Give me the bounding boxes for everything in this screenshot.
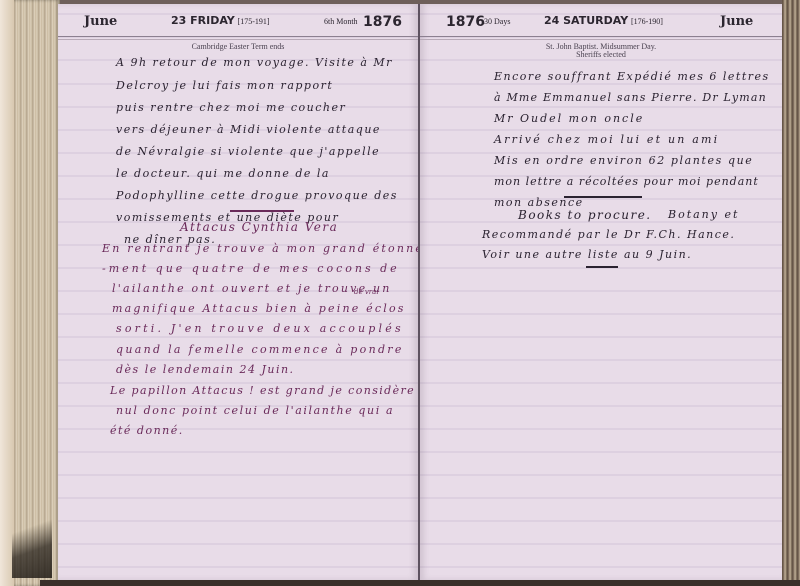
entry-line: magnifique Attacus bien à peine éclos — [112, 302, 406, 315]
entry-line: -ment que quatre de mes cocons de — [102, 262, 400, 275]
entry-line: le docteur. qui me donne de la — [116, 167, 330, 180]
entry-line: Mis en ordre environ 62 plantes que — [494, 154, 753, 167]
printed-note: Sheriffs elected — [420, 50, 782, 59]
entry-line: sorti. J'en trouve deux accouplés — [116, 322, 404, 335]
entry-line: Podophylline cette drogue provoque des — [116, 189, 398, 202]
entry-line: Mr Oudel mon oncle — [494, 112, 644, 125]
entry-line: vers déjeuner à Midi violente attaque — [116, 123, 381, 136]
printed-note: Cambridge Easter Term ends — [58, 42, 418, 51]
entry-line: quand la femelle commence à pondre — [116, 343, 404, 356]
entry-line: A 9h retour de mon voyage. Visite à Mr — [116, 56, 393, 69]
entry-line: Arrivé chez moi lui et un ami — [494, 133, 719, 146]
entry-line: Delcroy je lui fais mon rapport — [116, 79, 333, 92]
entry-line: mon lettre a récoltées pour moi pendant — [494, 175, 759, 188]
entry-line: dès le lendemain 24 Juin. — [116, 363, 295, 376]
day-label: 24 SATURDAY [176-190] — [544, 14, 663, 27]
month-label: June — [84, 14, 117, 29]
entry-line: l'ailanthe ont ouvert et je trouve un — [112, 282, 392, 295]
right-page-header: 1876 30 Days 24 SATURDAY [176-190] June — [420, 14, 782, 36]
entry-line: nul donc point celui de l'ailanthe qui a — [116, 404, 394, 417]
section-title: Attacus Cynthia Vera — [180, 220, 338, 234]
entry-line: Botany et — [668, 208, 739, 221]
entry-line: été donné. — [110, 424, 184, 437]
entry-line: En rentrant je trouve à mon grand étonne — [102, 242, 424, 255]
book-page-edges-left — [0, 0, 60, 586]
month-number-label: 6th Month — [324, 17, 358, 26]
day-range: [175-191] — [238, 17, 270, 26]
year-label: 1876 — [446, 14, 485, 30]
left-page: June 23 FRIDAY [175-191] 6th Month 1876 … — [58, 4, 418, 580]
days-count-label: 30 Days — [484, 17, 510, 26]
month-label: June — [720, 14, 753, 29]
section-end-mark — [586, 266, 618, 268]
header-rule — [420, 36, 782, 40]
section-divider — [230, 210, 294, 212]
section-divider — [564, 196, 642, 198]
entry-line: Le papillon Attacus ! est grand je consi… — [110, 384, 415, 397]
entry-line: puis rentre chez moi me coucher — [116, 101, 346, 114]
left-page-header: June 23 FRIDAY [175-191] 6th Month 1876 — [58, 14, 418, 36]
book-cover-edge — [40, 580, 800, 586]
header-rule — [58, 36, 418, 40]
book-page-edges-right — [782, 0, 800, 586]
entry-line: Recommandé par le Dr F.Ch. Hance. — [482, 228, 735, 241]
day-name: 23 FRIDAY — [171, 14, 235, 27]
entry-line: Encore souffrant Expédié mes 6 lettres — [494, 70, 770, 83]
right-page: 1876 30 Days 24 SATURDAY [176-190] June … — [420, 4, 782, 580]
section-title: Books to procure. — [518, 208, 652, 222]
entry-line: Voir une autre liste au 9 Juin. — [482, 248, 692, 261]
entry-line: à Mme Emmanuel sans Pierre. Dr Lyman — [494, 91, 767, 104]
day-name: 24 SATURDAY — [544, 14, 628, 27]
day-range: [176-190] — [631, 17, 663, 26]
superscript-note: de vrai — [354, 288, 379, 296]
entry-line: de Névralgie si violente que j'appelle — [116, 145, 380, 158]
open-diary: June 23 FRIDAY [175-191] 6th Month 1876 … — [0, 0, 800, 586]
year-label: 1876 — [363, 14, 402, 30]
day-label: 23 FRIDAY [175-191] — [171, 14, 270, 27]
